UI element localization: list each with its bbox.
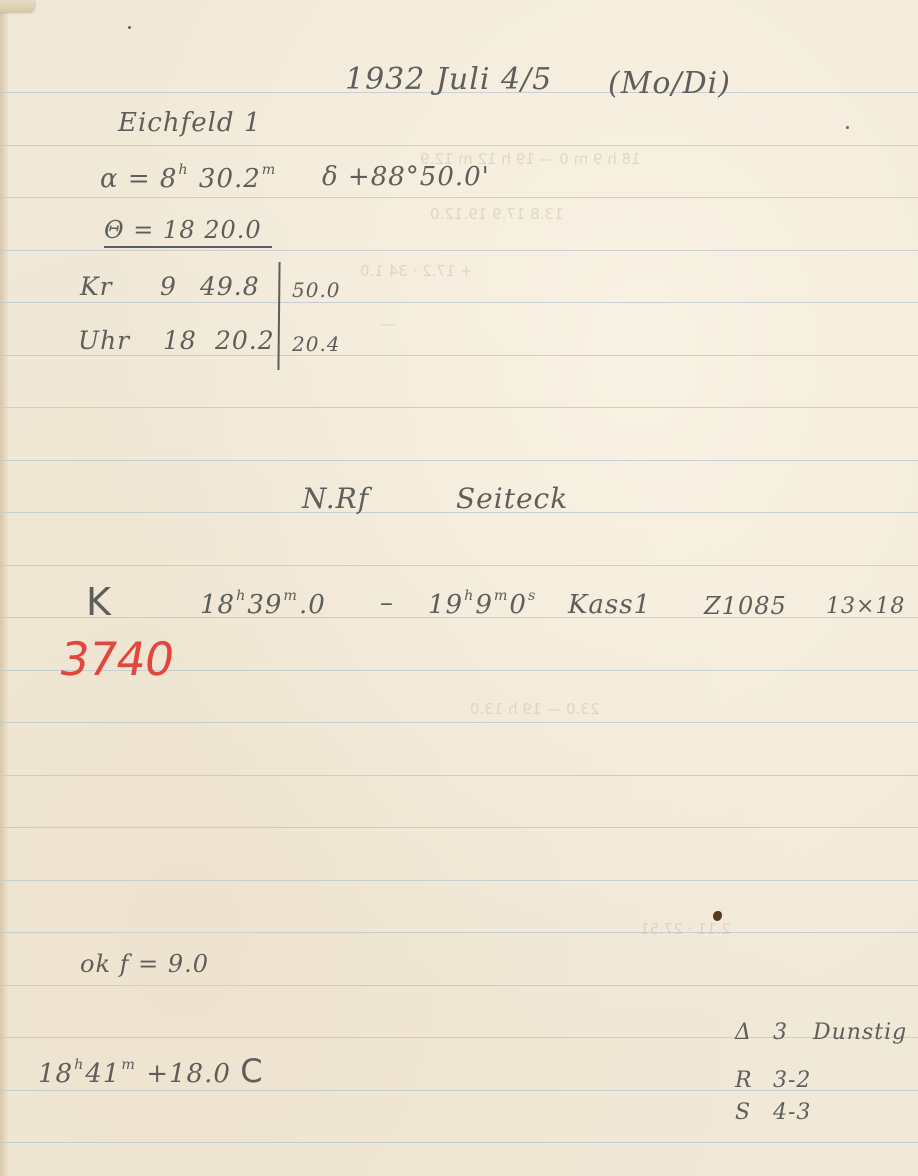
temperature-unit: C <box>240 1052 263 1090</box>
condition-value: 4-3 <box>773 1100 811 1125</box>
alpha-minutes-unit: m <box>262 162 277 178</box>
exposure-dash: – <box>380 588 394 618</box>
bleed-through-text: 2.11 · 27.51 <box>640 920 731 938</box>
ruled-line <box>0 145 918 146</box>
page-corner-tab <box>0 0 34 12</box>
exposure-end: 19h9m0s <box>428 588 537 620</box>
instrument-name: Seiteck <box>456 482 568 515</box>
focus-note: ok f = 9.0 <box>80 950 209 978</box>
condition-row: Δ3Dunstig <box>735 1020 907 1045</box>
ruled-line <box>0 197 918 198</box>
plate-id: Z1085 <box>704 592 787 620</box>
temperature-line: 18h41m +18.0 C <box>38 1052 264 1090</box>
date-line: 1932 Juli 4/5 <box>345 62 552 97</box>
right-ascension: α = 8h 30.2m <box>100 162 277 194</box>
condition-row: R3-2 <box>735 1068 811 1093</box>
bleed-through-text: — <box>380 315 395 333</box>
exposure-start-fraction: .0 <box>299 590 326 620</box>
ruled-line <box>0 722 918 723</box>
exposure-end-seconds: 0 <box>509 590 527 620</box>
exposure-label: K <box>86 580 112 624</box>
paper-speck <box>846 126 849 129</box>
exposure-start-hours: 18 <box>200 590 235 620</box>
clock-row-hours: 9 <box>160 272 200 301</box>
clock-row: Kr949.8 <box>80 272 270 301</box>
ruled-line <box>0 565 918 566</box>
condition-note: Dunstig <box>813 1020 907 1045</box>
bleed-through-text: 23.0 — 19 h 13.0 <box>470 700 599 718</box>
clock-row-label: Kr <box>80 272 160 301</box>
ruled-line <box>0 355 918 356</box>
ruled-line <box>0 407 918 408</box>
clock-row-corrected: 20.4 <box>292 332 341 356</box>
alpha-hours-unit: h <box>178 162 188 178</box>
alpha-hours: 8 <box>160 164 178 194</box>
declination: δ +88°50.0' <box>322 162 490 192</box>
clock-row-hours: 18 <box>163 326 215 355</box>
clock-row-minutes: 20.2 <box>215 326 275 355</box>
condition-symbol: R <box>735 1068 773 1093</box>
sidereal-time: Θ = 18 20.0 <box>104 216 272 248</box>
temperature-value: +18.0 <box>146 1059 231 1089</box>
plate-size: 13×18 <box>826 594 905 619</box>
plate-number: 3740 <box>55 632 178 686</box>
ruled-line <box>0 932 918 933</box>
exposure-end-hours: 19 <box>428 590 463 620</box>
table-divider <box>277 262 280 370</box>
clock-row-minutes: 49.8 <box>200 272 260 301</box>
exposure-start: 18h39m.0 <box>200 588 326 620</box>
condition-value: 3 <box>773 1020 813 1045</box>
ruled-line <box>0 827 918 828</box>
ruled-line <box>0 985 918 986</box>
condition-symbol: Δ <box>735 1020 773 1045</box>
notebook-page: 18 h 9 m 0 — 19 h 12 m 12.9 13.8 17.9 19… <box>0 0 918 1176</box>
page-binding-edge <box>0 0 8 1176</box>
temperature-time-hours: 18 <box>38 1059 73 1089</box>
paper-speck <box>128 26 131 29</box>
cassette: Kass1 <box>568 590 651 620</box>
ruled-line <box>0 880 918 881</box>
bleed-through-text: + 17.2 · 34 1.0 <box>360 262 473 280</box>
temperature-time-minutes: 41 <box>85 1059 120 1089</box>
ruled-line <box>0 302 918 303</box>
exposure-start-minutes: 39 <box>247 590 282 620</box>
delta-label: δ <box>322 162 339 192</box>
field-name: Eichfeld 1 <box>118 108 261 138</box>
exposure-end-minutes: 9 <box>475 590 493 620</box>
clock-row: Uhr1820.2 <box>78 326 278 355</box>
condition-row: S4-3 <box>735 1100 811 1125</box>
alpha-label: α = <box>100 164 151 194</box>
clock-row-label: Uhr <box>78 326 163 355</box>
clock-row-corrected: 50.0 <box>292 278 341 302</box>
ruled-line <box>0 250 918 251</box>
condition-symbol: S <box>735 1100 773 1125</box>
ruled-line <box>0 1142 918 1143</box>
weekday-note: (Mo/Di) <box>608 66 731 101</box>
ruled-line <box>0 775 918 776</box>
bleed-through-text: 13.8 17.9 19.12.0 <box>430 205 564 223</box>
delta-value: +88°50.0' <box>348 162 490 192</box>
instrument-label: N.Rf <box>302 482 369 515</box>
alpha-minutes: 30.2 <box>199 164 261 194</box>
condition-value: 3-2 <box>773 1068 811 1093</box>
ruled-line <box>0 460 918 461</box>
